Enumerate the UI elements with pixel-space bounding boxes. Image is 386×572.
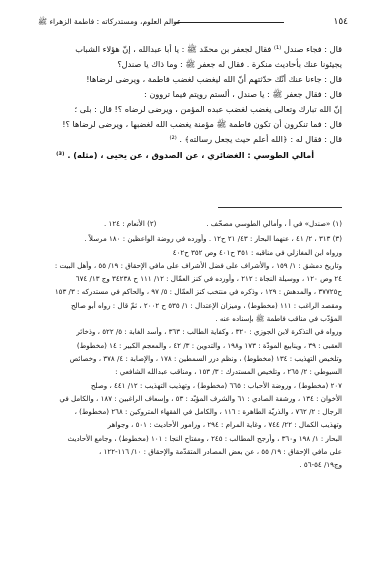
footnote-line: ٢٠٧ (مخطوط) ، وروضة الأحباب : ٦٦٥ (مخطوط… bbox=[34, 379, 342, 392]
footnote-line: ح٣٧٧٢٥ ، والمدهش : ١٢٩ ، وذكره في منتخب … bbox=[34, 285, 342, 298]
footnote-line: وج١٩/ ٥٤-٥٦ . bbox=[34, 458, 342, 471]
footnotes: (١) «صندل» في أ ، وأمالي الطوسي مصحّف . … bbox=[34, 217, 342, 472]
footnote-line: على مافي الإحقاق : ١٩/ ٥٥ ، عن بعض المصا… bbox=[34, 445, 342, 458]
text-line: قال : فقال جعفر ﷺ : يا صندل ، ألستم رويت… bbox=[32, 87, 342, 102]
running-title: عوالم العلوم، ومستدركاته : فاطمة الزهراء… bbox=[38, 15, 182, 29]
header-rule bbox=[176, 22, 284, 23]
footnote-row: (١) «صندل» في أ ، وأمالي الطوسي مصحّف . … bbox=[34, 217, 342, 230]
text-line: قال : جاءنا عنك أنّك حدّثتهم أنّ الله لي… bbox=[32, 72, 342, 87]
footnote-line: وتهذيب الكمال : ٢٢/ ٧٤٤ ، وغاية المرام :… bbox=[34, 418, 342, 431]
footnote-1: (١) «صندل» في أ ، وأمالي الطوسي مصحّف . bbox=[206, 217, 342, 230]
page-number: ١٥٤ bbox=[333, 15, 348, 29]
footnote-line: المؤدّب في مناقب فاطمة ﷺ بإسناده عنه . bbox=[34, 312, 342, 325]
footnote-line: (٣) ٣١٣ ، ٢/ ٤١ ، عنهما البحار : ٤٣/ ٢١ … bbox=[34, 232, 342, 245]
footnote-line: ٢٤ وص ١٢٠ ، ووسيلة النجاة : ٢١٢ ، وأورده… bbox=[34, 272, 342, 285]
footnote-line: ومقصد الراغب : ١١١ (مخطوط) ، وميزان الإع… bbox=[34, 299, 342, 312]
source-line: أمالي الطوسي : الغضائري ، عن الصدوق ، عن… bbox=[32, 148, 342, 163]
footnote-line: العقبى : ٣٩ ، وينابيع المودّة : ١٧٣ و١٩٨… bbox=[34, 339, 342, 352]
text-line: قال : فما تنكرون أن تكون فاطمة ﷺ مؤمنة ي… bbox=[32, 117, 342, 132]
main-text: قال : فجاء صندل ⁽¹⁾ فقال لجعفر بن محمّد … bbox=[32, 42, 342, 163]
text-line: يجيئونا عنك بأحاديث منكرة . فقال له جعفر… bbox=[32, 57, 342, 72]
text-line: قال : فجاء صندل ⁽¹⁾ فقال لجعفر بن محمّد … bbox=[32, 42, 342, 57]
footnote-2: (٢) الأنعام : ١٢٤ . bbox=[104, 217, 156, 230]
footnote-line: الأخوان : ١٣٤ ، ورشفة الصادي : ٦١ والشرف… bbox=[34, 392, 342, 405]
text-line: قال : فقال له : ﴿الله أعلم حيث يجعل رسال… bbox=[32, 132, 342, 147]
footnote-line: وتلخيص التهذيب : ١٣٤ (مخطوط) ، ونظم درر … bbox=[34, 352, 342, 365]
footnote-line: الرجال : ٢/ ٧٦٢ ، والذريّة الطاهرة : ١١٦… bbox=[34, 405, 342, 418]
footnote-line: ورواه في التذكرة لابن الجوزي : ٣٢٠ ، وكف… bbox=[34, 325, 342, 338]
footnote-line: وتاريخ دمشق : ١/ ١٥٩ ، والأشراف على فضل … bbox=[34, 259, 342, 272]
footnote-line: السيوطي : ٢/ ٢٦٥ ، وتلخيص المستدرك : ٣/ … bbox=[34, 365, 342, 378]
text-line: إنّ الله تبارك وتعالى يغضب لغضب عبده الم… bbox=[32, 102, 342, 117]
footnote-separator bbox=[218, 207, 342, 208]
document-page: ١٥٤ عوالم العلوم، ومستدركاته : فاطمة الز… bbox=[0, 0, 386, 572]
page-header: ١٥٤ عوالم العلوم، ومستدركاته : فاطمة الز… bbox=[38, 15, 348, 31]
footnote-line: البحار : ١/ ١٩٨ و٣٦٠ ، وأرجح المطالب : ٢… bbox=[34, 432, 342, 445]
footnote-line: ورواه ابن المغازلي في مناقبه : ٣٥١ ح٤٠١ … bbox=[34, 246, 342, 259]
